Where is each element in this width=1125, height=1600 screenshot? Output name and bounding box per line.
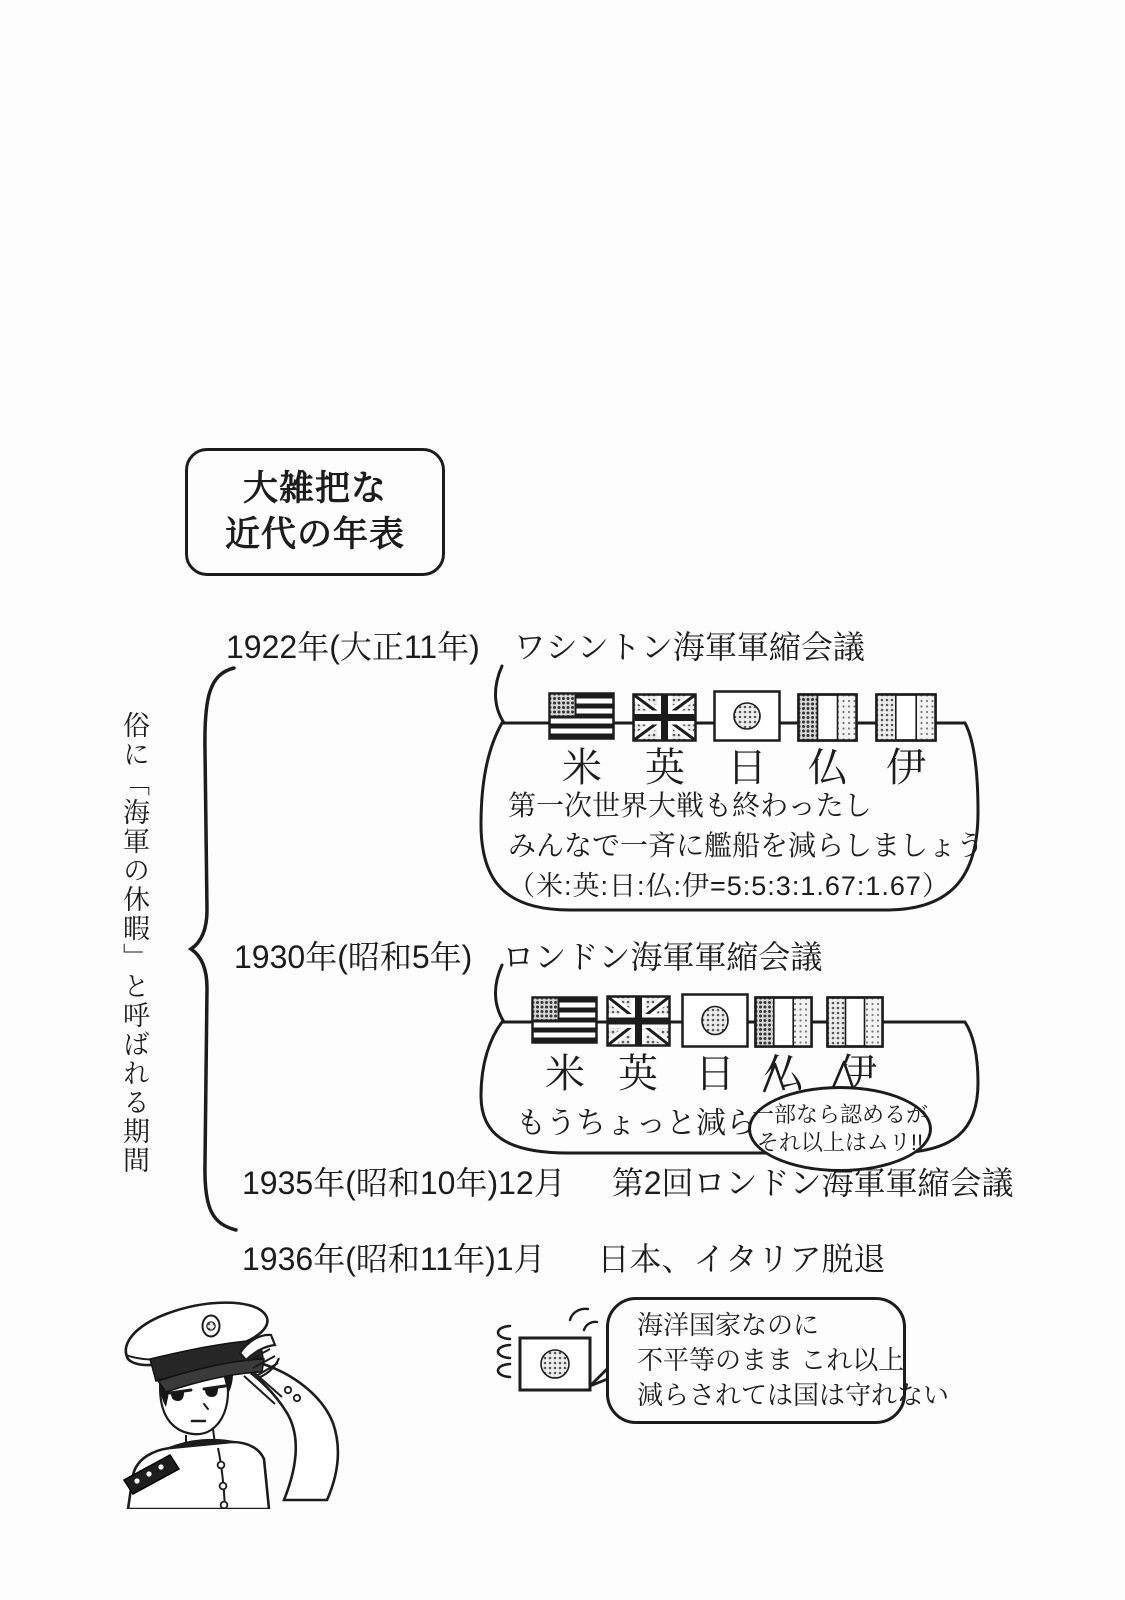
uk-flag-icon xyxy=(632,693,697,742)
italy-flag-icon xyxy=(826,996,884,1048)
naval-holiday-label: 俗に「海軍の休暇」と呼ばれる期間 xyxy=(108,702,160,1184)
flag-label-uk: 英 xyxy=(614,1052,662,1096)
entry-event: 日本、イタリア脱退 xyxy=(598,1234,886,1280)
bubble-line: 不平等のまま これ以上 xyxy=(637,1343,903,1378)
us-flag-icon xyxy=(548,692,615,740)
bubble-line: 第一次世界大戦も終わったし xyxy=(508,786,984,826)
france-flag-icon xyxy=(754,996,813,1048)
bubble-line: 海洋国家なのに xyxy=(637,1308,903,1343)
japan-flag-icon xyxy=(713,690,781,742)
naval-officer-illustration xyxy=(112,1297,364,1509)
japan-flag-icon xyxy=(518,1336,592,1392)
france-flag-icon xyxy=(797,693,858,742)
flag-label-japan: 日 xyxy=(723,746,771,790)
fleet-ratio-line: （米:英:日:仏:伊=5:5:3:1.67:1.67） xyxy=(508,866,984,906)
bubble-line: 減らされては国は守れない xyxy=(637,1378,903,1413)
title-box: 大雑把な 近代の年表 xyxy=(185,448,445,576)
flag-label-us: 米 xyxy=(558,746,606,790)
flag-label-france: 仏 xyxy=(804,746,852,790)
flag-label-japan: 日 xyxy=(691,1052,739,1096)
timeline-entry-1936: 1936年(昭和11年)1月 日本、イタリア脱退 xyxy=(242,1234,886,1280)
title-line-2: 近代の年表 xyxy=(225,512,405,558)
italy-flag-icon xyxy=(875,693,937,742)
bubble-line: みんなで一斉に艦船を減らしましょう xyxy=(508,826,984,866)
title-line-1: 大雑把な xyxy=(243,466,387,512)
entry-date: 1930年(昭和5年) xyxy=(234,932,472,978)
washington-bubble-text: 第一次世界大戦も終わったし みんなで一斉に艦船を減らしましょう （米:英:日:仏… xyxy=(508,786,984,906)
uk-flag-icon xyxy=(606,995,671,1047)
reply-line: 一部なら認めるが xyxy=(752,1101,928,1129)
irritation-marks-icon xyxy=(486,1322,516,1380)
entry-date: 1936年(昭和11年)1月 xyxy=(242,1234,546,1280)
flag-label-uk: 英 xyxy=(641,746,689,790)
reply-line: それ以上はムリ!! xyxy=(757,1129,923,1157)
flag-label-italy: 伊 xyxy=(882,746,930,790)
us-flag-icon xyxy=(531,996,598,1044)
entry-date: 1922年(大正11年) xyxy=(226,622,480,668)
flag-label-us: 米 xyxy=(541,1052,589,1096)
japan-withdrawal-bubble: 海洋国家なのに 不平等のまま これ以上 減らされては国は守れない xyxy=(606,1297,906,1424)
japan-flag-icon xyxy=(681,993,749,1048)
france-italy-reply-bubble: 一部なら認めるが それ以上はムリ!! xyxy=(748,1086,932,1172)
manga-timeline-page: 大雑把な 近代の年表 俗に「海軍の休暇」と呼ばれる期間 1922年(大正11年)… xyxy=(0,0,1125,1600)
